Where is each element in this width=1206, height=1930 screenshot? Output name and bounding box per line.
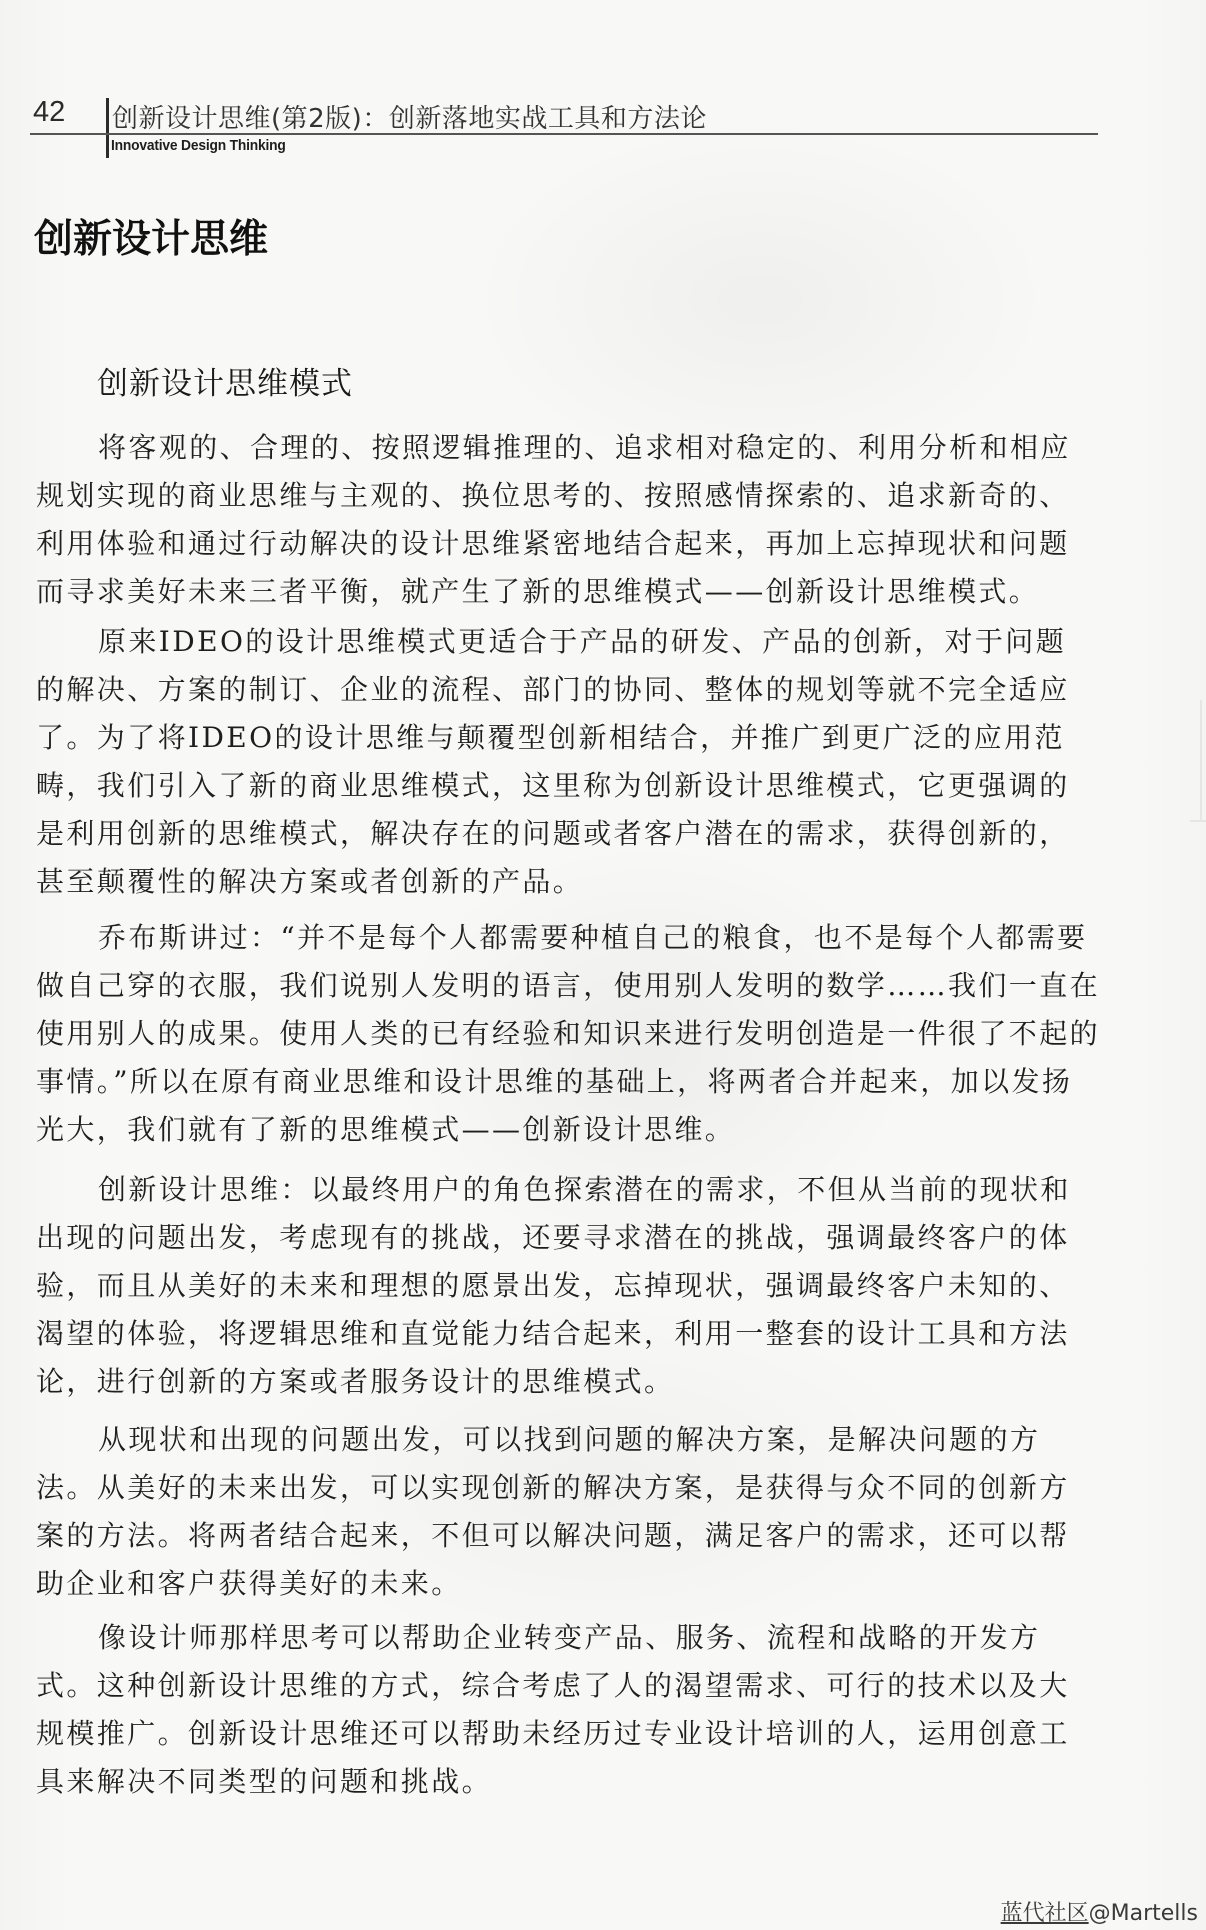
- text-line: 具来解决不同类型的问题和挑战。: [36, 1762, 492, 1802]
- watermark-site: 蓝代社区: [1001, 1901, 1089, 1926]
- book-title: 创新设计思维(第2版)：创新落地实战工具和方法论: [112, 98, 707, 135]
- page-number: 42: [33, 96, 65, 129]
- text-line: 事情。”所以在原有商业思维和设计思维的基础上，将两者合并起来，加以发扬: [36, 1062, 1072, 1102]
- text-line: 案的方法。将两者结合起来，不但可以解决问题，满足客户的需求，还可以帮: [36, 1516, 1070, 1556]
- text-line: 利用体验和通过行动解决的设计思维紧密地结合起来，再加上忘掉现状和问题: [36, 524, 1070, 564]
- subsection-heading: 创新设计思维模式: [97, 358, 353, 403]
- text-line: 而寻求美好未来三者平衡，就产生了新的思维模式——创新设计思维模式。: [36, 572, 1039, 612]
- text-line: 的解决、方案的制订、企业的流程、部门的协同、整体的规划等就不完全适应: [36, 670, 1070, 710]
- text-line: 甚至颠覆性的解决方案或者创新的产品。: [36, 862, 583, 902]
- text-line: 将客观的、合理的、按照逻辑推理的、追求相对稳定的、利用分析和相应: [98, 428, 1071, 468]
- text-line: 从现状和出现的问题出发，可以找到问题的解决方案，是解决问题的方: [98, 1420, 1040, 1460]
- watermark-handle: @Martells: [1089, 1901, 1198, 1926]
- text-line: 光大，我们就有了新的思维模式——创新设计思维。: [36, 1110, 735, 1150]
- text-line: 了。为了将IDEO的设计思维与颠覆型创新相结合，并推广到更广泛的应用范: [36, 718, 1065, 758]
- book-subtitle-english: Innovative Design Thinking: [111, 137, 286, 154]
- scan-mark: [1190, 820, 1206, 822]
- section-heading: 创新设计思维: [34, 208, 268, 264]
- text-line: 论，进行创新的方案或者服务设计的思维模式。: [36, 1362, 674, 1402]
- text-line: 助企业和客户获得美好的未来。: [36, 1564, 462, 1604]
- text-line: 使用别人的成果。使用人类的已有经验和知识来进行发明创造是一件很了不起的: [36, 1014, 1100, 1054]
- text-line: 乔布斯讲过：“并不是每个人都需要种植自己的粮食，也不是每个人都需要: [98, 918, 1088, 958]
- text-line: 验，而且从美好的未来和理想的愿景出发，忘掉现状，强调最终客户未知的、: [36, 1266, 1070, 1306]
- text-line: 原来IDEO的设计思维模式更适合于产品的研发、产品的创新，对于问题: [98, 622, 1066, 662]
- text-line: 出现的问题出发，考虑现有的挑战，还要寻求潜在的挑战，强调最终客户的体: [36, 1218, 1070, 1258]
- running-header: 42 创新设计思维(第2版)：创新落地实战工具和方法论 Innovative D…: [0, 0, 1206, 170]
- header-divider-bar: [106, 98, 109, 158]
- text-line: 规划实现的商业思维与主观的、换位思考的、按照感情探索的、追求新奇的、: [36, 476, 1070, 516]
- text-line: 畴，我们引入了新的商业思维模式，这里称为创新设计思维模式，它更强调的: [36, 766, 1070, 806]
- text-line: 式。这种创新设计思维的方式，综合考虑了人的渴望需求、可行的技术以及大: [36, 1666, 1070, 1706]
- text-line: 法。从美好的未来出发，可以实现创新的解决方案，是获得与众不同的创新方: [36, 1468, 1070, 1508]
- text-line: 像设计师那样思考可以帮助企业转变产品、服务、流程和战略的开发方: [98, 1618, 1040, 1658]
- text-line: 创新设计思维：以最终用户的角色探索潜在的需求，不但从当前的现状和: [98, 1170, 1071, 1210]
- header-rule: [30, 133, 1098, 135]
- text-line: 渴望的体验，将逻辑思维和直觉能力结合起来，利用一整套的设计工具和方法: [36, 1314, 1070, 1354]
- text-line: 是利用创新的思维模式，解决存在的问题或者客户潜在的需求，获得创新的，: [36, 814, 1070, 854]
- text-line: 做自己穿的衣服，我们说别人发明的语言，使用别人发明的数学……我们一直在: [36, 966, 1100, 1006]
- watermark: 蓝代社区@Martells: [1001, 1896, 1198, 1927]
- text-line: 规模推广。创新设计思维还可以帮助未经历过专业设计培训的人，运用创意工: [36, 1714, 1070, 1754]
- scan-mark: [1200, 700, 1202, 820]
